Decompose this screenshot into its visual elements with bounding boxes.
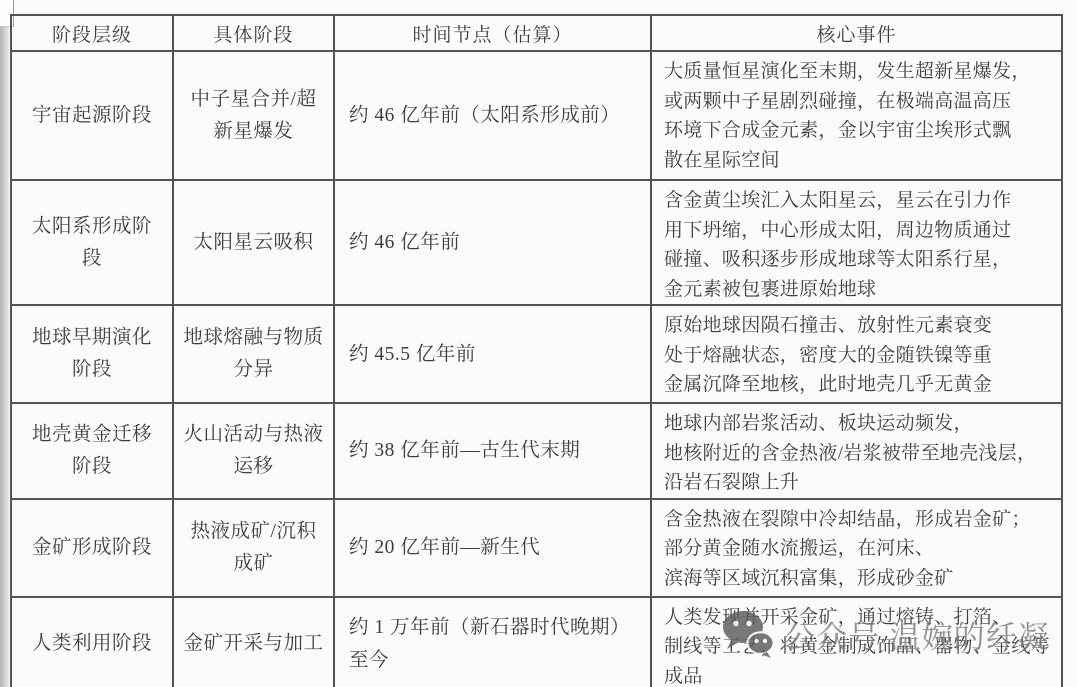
table-row: 太阳系形成阶 段 太阳星云吸积 约 46 亿年前 含金黄尘埃汇入太阳星云，星云在… <box>11 180 1062 305</box>
header-row: 阶段层级 具体阶段 时间节点（估算） 核心事件 <box>11 15 1062 51</box>
table-row: 人类利用阶段 金矿开采与加工 约 1 万年前（新石器时代晚期） 至今 人类发现并… <box>11 597 1062 687</box>
gold-history-table: 阶段层级 具体阶段 时间节点（估算） 核心事件 宇宙起源阶段 中子星合并/超 新… <box>10 14 1063 687</box>
cell-core-events: 含金热液在裂隙中冷却结晶，形成岩金矿； 部分黄金随水流搬运，在河床、 滨海等区域… <box>651 499 1062 597</box>
cell-stage-level: 太阳系形成阶 段 <box>11 180 173 305</box>
cell-stage-level: 金矿形成阶段 <box>11 499 173 597</box>
cell-time-node: 约 38 亿年前—古生代末期 <box>334 403 651 499</box>
cell-specific-stage: 热液成矿/沉积 成矿 <box>173 499 334 597</box>
cell-stage-level: 地球早期演化 阶段 <box>11 305 173 403</box>
cell-time-node: 约 1 万年前（新石器时代晚期） 至今 <box>334 597 651 687</box>
table-row: 金矿形成阶段 热液成矿/沉积 成矿 约 20 亿年前—新生代 含金热液在裂隙中冷… <box>11 499 1062 597</box>
cell-specific-stage: 太阳星云吸积 <box>173 180 334 305</box>
cell-core-events: 人类发现并开采金矿，通过熔铸、打箔、 制线等工艺，将黄金制成饰品、器物、金线等 … <box>651 597 1062 687</box>
table-row: 地壳黄金迁移 阶段 火山活动与热液 运移 约 38 亿年前—古生代末期 地球内部… <box>11 403 1062 499</box>
column-header-time-node: 时间节点（估算） <box>334 15 651 51</box>
cell-time-node: 约 46 亿年前 <box>334 180 651 305</box>
cell-specific-stage: 中子星合并/超 新星爆发 <box>173 51 334 180</box>
cell-time-node: 约 46 亿年前（太阳系形成前） <box>334 51 651 180</box>
cell-core-events: 原始地球因陨石撞击、放射性元素衰变 处于熔融状态，密度大的金随铁镍等重 金属沉降… <box>651 305 1062 403</box>
column-header-specific-stage: 具体阶段 <box>173 15 334 51</box>
cell-core-events: 地球内部岩浆活动、板块运动频发， 地核附近的含金热液/岩浆被带至地壳浅层， 沿岩… <box>651 403 1062 499</box>
cell-stage-level: 地壳黄金迁移 阶段 <box>11 403 173 499</box>
cell-specific-stage: 金矿开采与加工 <box>173 597 334 687</box>
cell-time-node: 约 45.5 亿年前 <box>334 305 651 403</box>
scan-edge-shadow <box>0 0 9 687</box>
cell-stage-level: 宇宙起源阶段 <box>11 51 173 180</box>
cell-stage-level: 人类利用阶段 <box>11 597 173 687</box>
column-header-stage-level: 阶段层级 <box>11 15 173 51</box>
cell-time-node: 约 20 亿年前—新生代 <box>334 499 651 597</box>
cell-core-events: 含金黄尘埃汇入太阳星云，星云在引力作 用下坍缩，中心形成太阳，周边物质通过 碰撞… <box>651 180 1062 305</box>
scanned-document-page: 阶段层级 具体阶段 时间节点（估算） 核心事件 宇宙起源阶段 中子星合并/超 新… <box>0 0 1077 687</box>
cell-specific-stage: 火山活动与热液 运移 <box>173 403 334 499</box>
table-row: 地球早期演化 阶段 地球熔融与物质 分异 约 45.5 亿年前 原始地球因陨石撞… <box>11 305 1062 403</box>
column-header-core-events: 核心事件 <box>651 15 1062 51</box>
cell-specific-stage: 地球熔融与物质 分异 <box>173 305 334 403</box>
cell-core-events: 大质量恒星演化至末期，发生超新星爆发， 或两颗中子星剧烈碰撞，在极端高温高压 环… <box>651 51 1062 180</box>
table-row: 宇宙起源阶段 中子星合并/超 新星爆发 约 46 亿年前（太阳系形成前） 大质量… <box>11 51 1062 180</box>
